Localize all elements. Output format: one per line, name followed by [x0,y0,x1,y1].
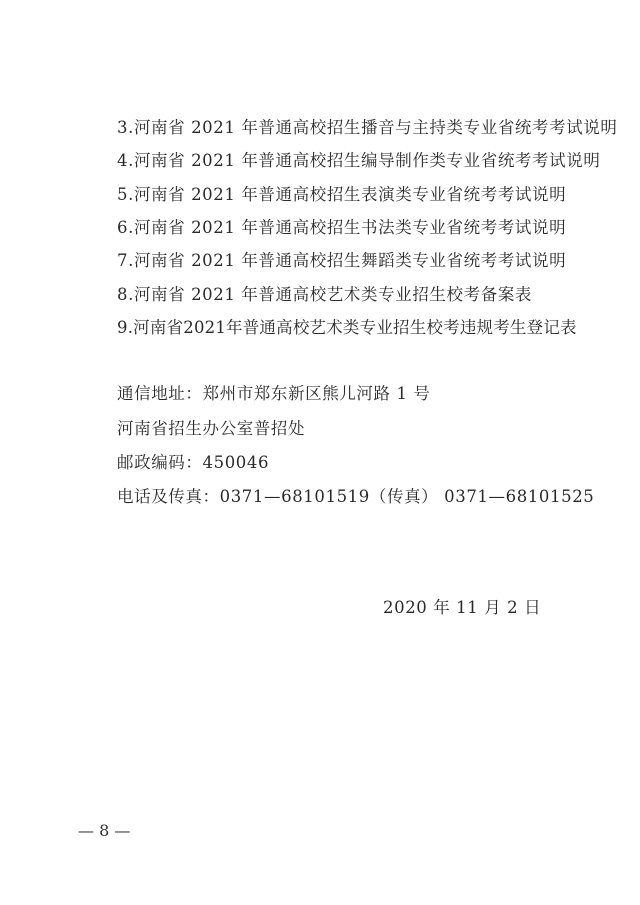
attachment-item: 8.河南省 2021 年普通高校艺术类专业招生校考备案表 [117,284,532,306]
contact-phone: 电话及传真：0371—68101519（传真） 0371—68101525 [117,486,594,508]
contact-postcode: 邮政编码：450046 [117,452,269,474]
contact-office: 河南省招生办公室普招处 [117,418,305,440]
attachment-item: 7.河南省 2021 年普通高校招生舞蹈类专业省统考考试说明 [117,250,566,272]
contact-address: 通信地址：郑州市郑东新区熊儿河路 1 号 [117,383,431,405]
document-date: 2020 年 11 月 2 日 [383,597,541,619]
attachment-item: 6.河南省 2021 年普通高校招生书法类专业省统考考试说明 [117,217,566,239]
attachment-item: 5.河南省 2021 年普通高校招生表演类专业省统考考试说明 [117,184,566,206]
page-number: — 8 — [78,820,130,842]
attachment-item: 3.河南省 2021 年普通高校招生播音与主持类专业省统考考试说明 [117,117,618,139]
attachment-item: 4.河南省 2021 年普通高校招生编导制作类专业省统考考试说明 [117,150,600,172]
attachment-item: 9.河南省2021年普通高校艺术类专业招生校考违规考生登记表 [117,317,577,339]
document-page: 3.河南省 2021 年普通高校招生播音与主持类专业省统考考试说明 4.河南省 … [0,0,640,905]
